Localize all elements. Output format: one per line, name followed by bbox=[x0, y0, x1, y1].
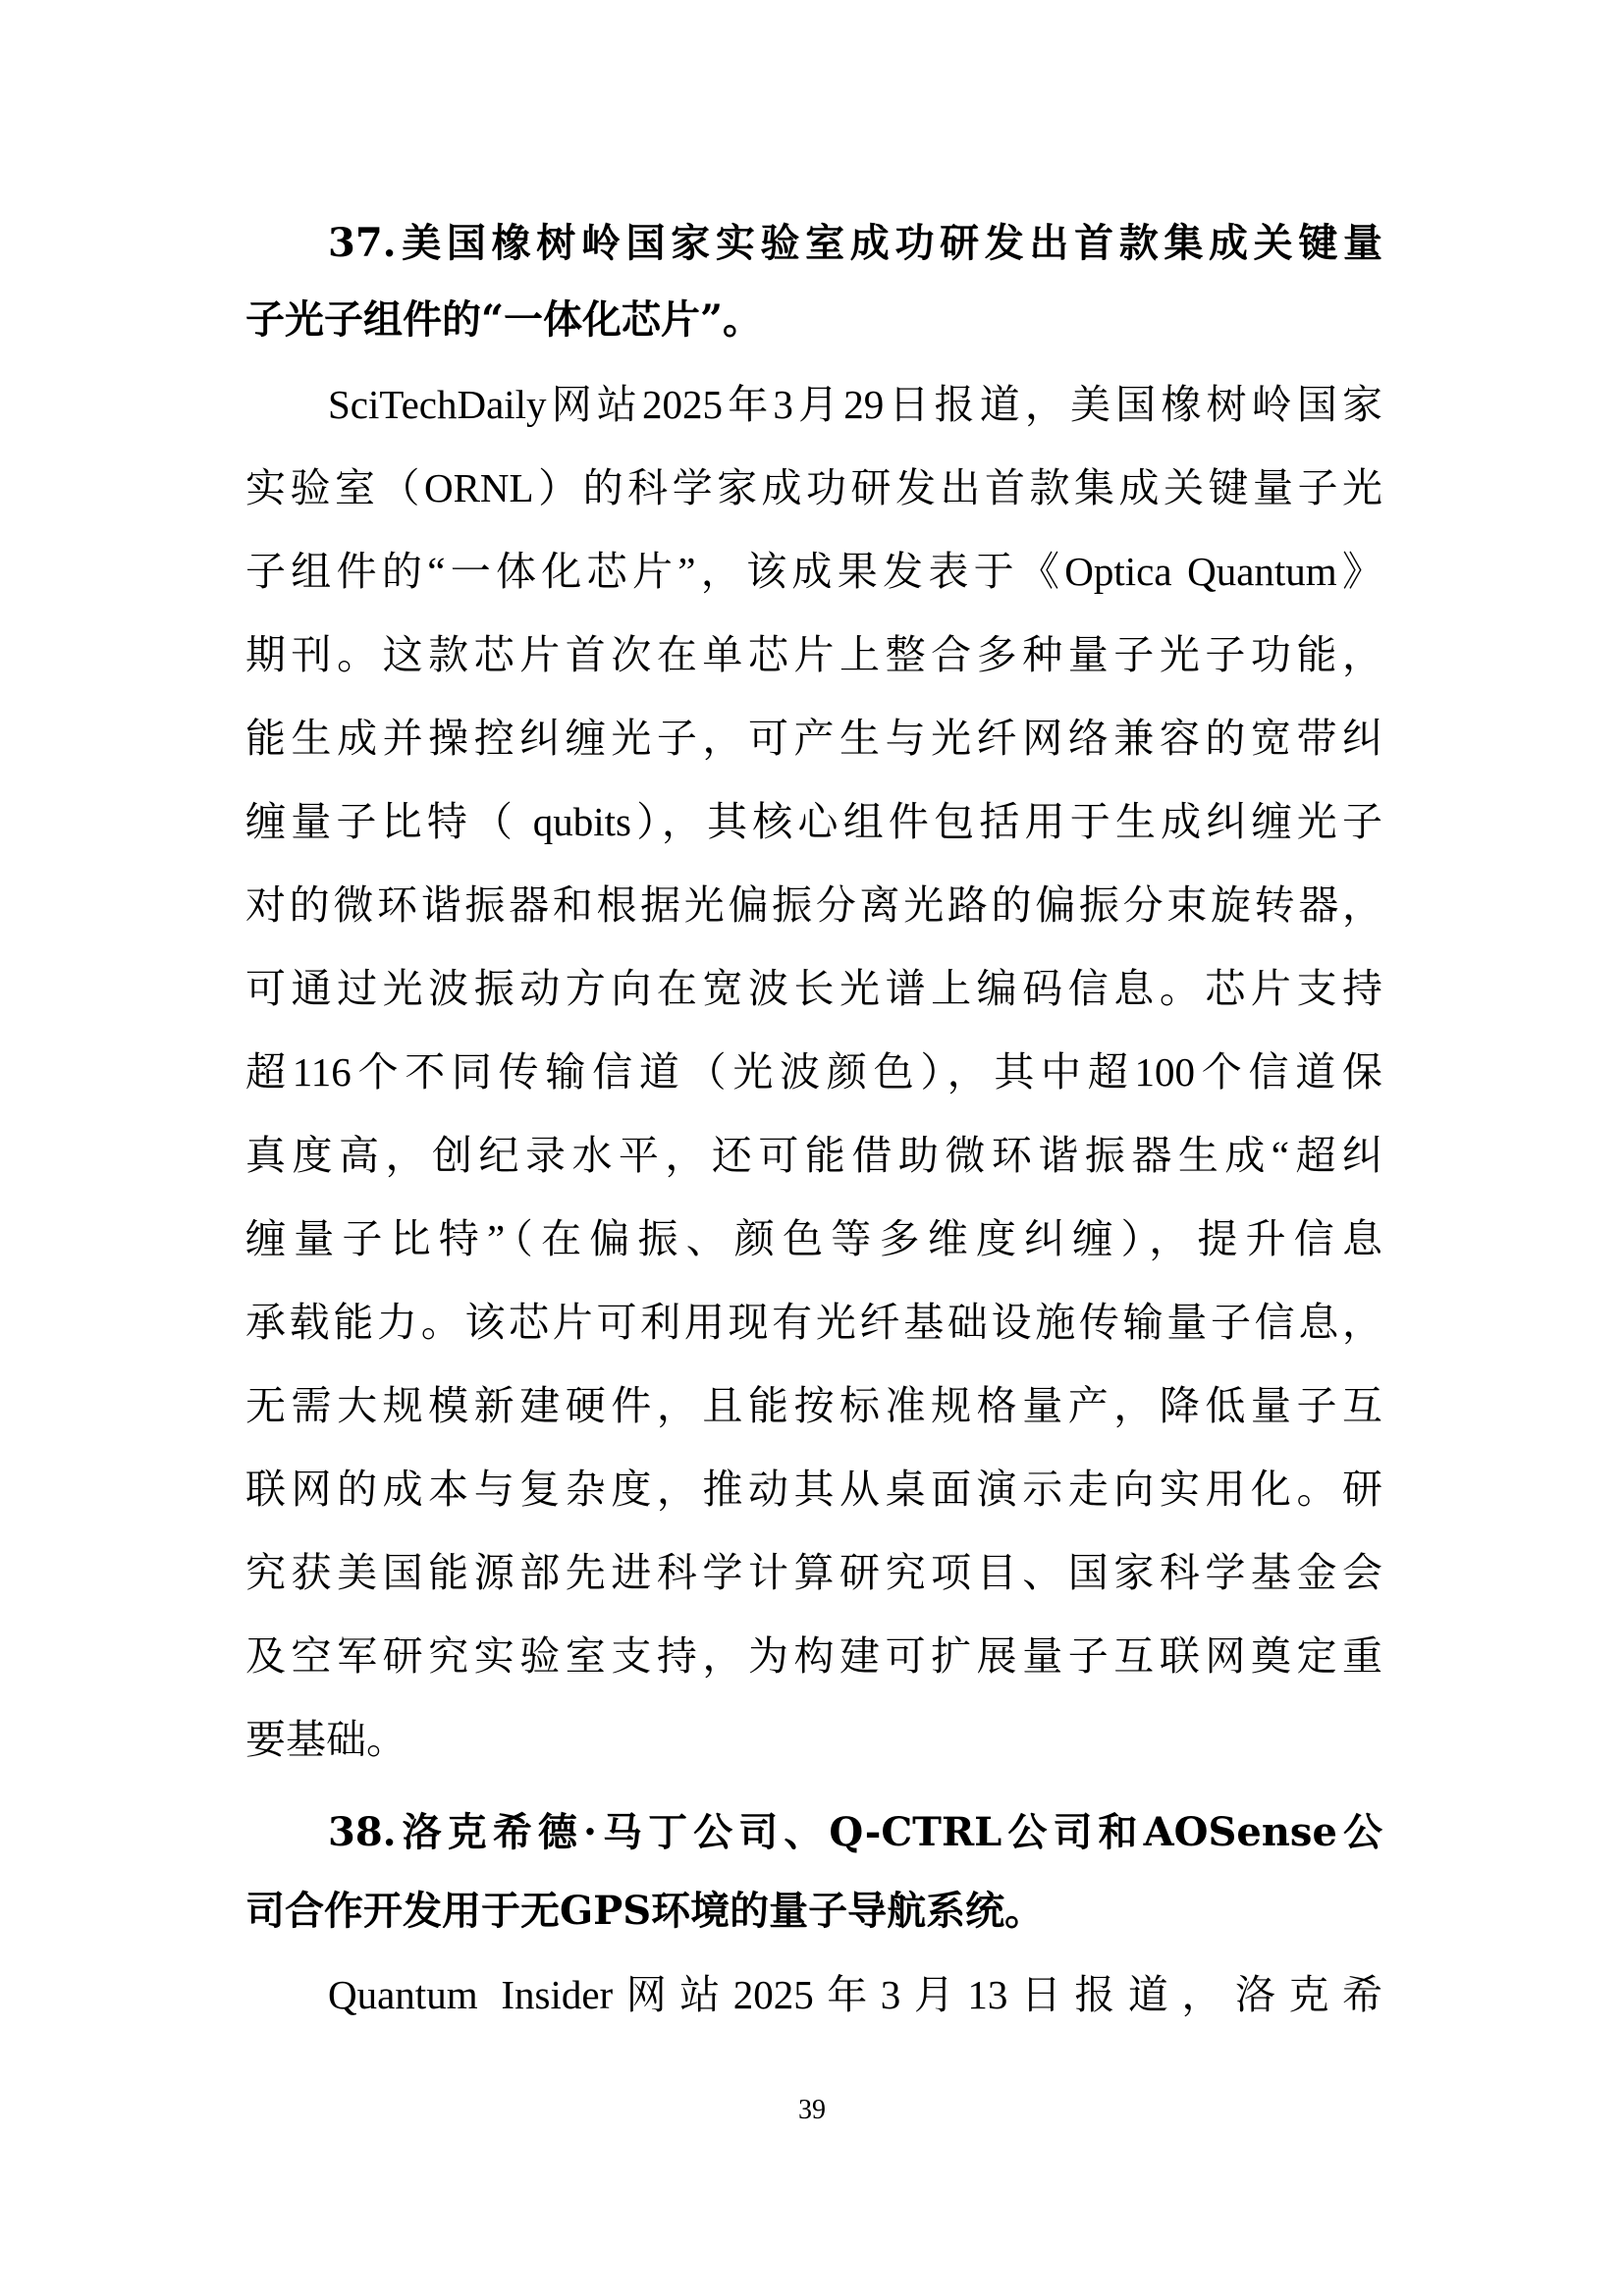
section-37-body-line-7: 对的微环谐振器和根据光偏振分离光路的偏振分束旋转器， bbox=[245, 874, 1382, 936]
section-37-body-line-15: 究获美国能源部先进科学计算研究项目、国家科学基金会 bbox=[245, 1541, 1382, 1604]
section-37-body-line-10: 真度高，创纪录水平，还可能借助微环谐振器生成“超纠 bbox=[245, 1124, 1382, 1187]
section-37-body-line-4: 期刊。这款芯片首次在单芯片上整合多种量子光子功能， bbox=[245, 623, 1382, 686]
section-37-heading-line-2: 子光子组件的“一体化芯片”。 bbox=[245, 289, 1382, 351]
section-37-body-line-13: 无需大规模新建硬件，且能按标准规格量产，降低量子互 bbox=[245, 1374, 1382, 1437]
section-37-body-line-11: 缠量子比特”（在偏振、颜色等多维度纠缠），提升信息 bbox=[245, 1207, 1382, 1270]
section-37-body-line-12: 承载能力。该芯片可利用现有光纤基础设施传输量子信息， bbox=[245, 1291, 1382, 1354]
section-37-body-line-8: 可通过光波振动方向在宽波长光谱上编码信息。芯片支持 bbox=[245, 957, 1382, 1020]
section-37-body-line-5: 能生成并操控纠缠光子，可产生与光纤网络兼容的宽带纠 bbox=[245, 707, 1382, 770]
page-number: 39 bbox=[0, 2091, 1624, 2130]
section-38-body-line-1: Quantum Insider网站2025年3月13日报道，洛克希 bbox=[328, 1963, 1382, 2026]
section-37-body-line-6: 缠量子比特（ qubits），其核心组件包括用于生成纠缠光子 bbox=[245, 790, 1382, 853]
section-38-heading-line-2: 司合作开发用于无GPS环境的量子导航系统。 bbox=[245, 1880, 1382, 1943]
section-38-heading-line-1: 38.洛克希德·马丁公司、Q-CTRL公司和AOSense公 bbox=[328, 1801, 1382, 1864]
section-37-body-line-9: 超116个不同传输信道（光波颜色），其中超100个信道保 bbox=[245, 1041, 1382, 1103]
section-37-body-line-1: SciTechDaily网站2025年3月29日报道，美国橡树岭国家 bbox=[328, 373, 1382, 436]
section-37-heading-line-1: 37.美国橡树岭国家实验室成功研发出首款集成关键量 bbox=[328, 212, 1382, 275]
section-37-body-line-2: 实验室（ORNL）的科学家成功研发出首款集成关键量子光 bbox=[245, 456, 1382, 519]
section-37-body-line-14: 联网的成本与复杂度，推动其从桌面演示走向实用化。研 bbox=[245, 1458, 1382, 1521]
section-37-body-line-3: 子组件的“一体化芯片”，该成果发表于《Optica Quantum》 bbox=[245, 540, 1382, 603]
section-37-body-line-17: 要基础。 bbox=[245, 1708, 1382, 1771]
section-37-body-line-16: 及空军研究实验室支持，为构建可扩展量子互联网奠定重 bbox=[245, 1625, 1382, 1687]
